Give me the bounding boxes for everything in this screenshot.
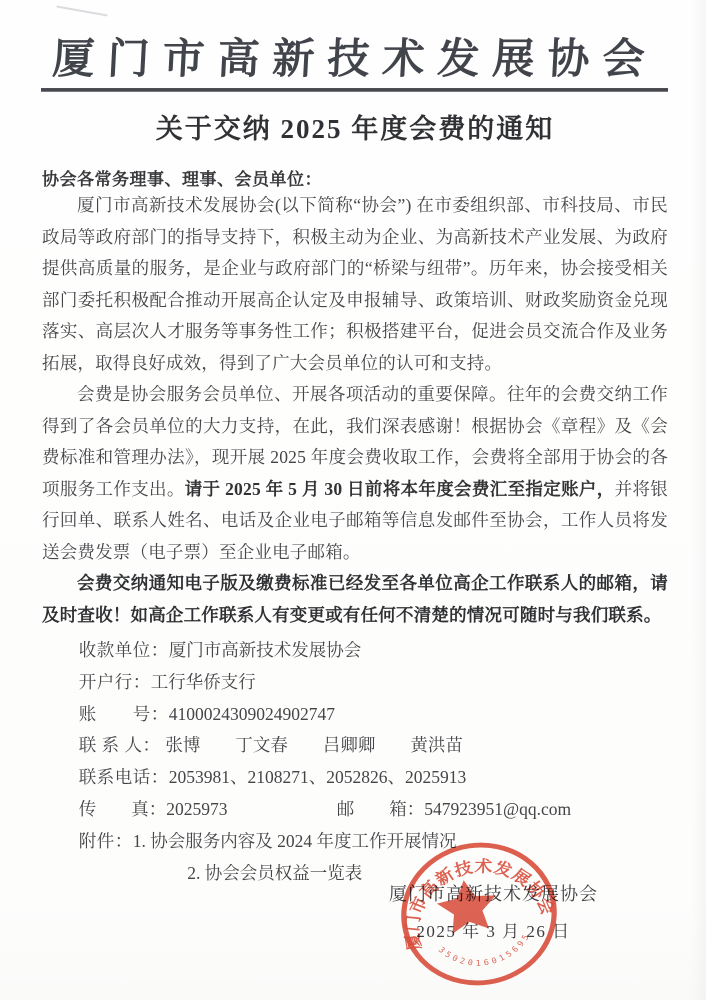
- payment-details: 收款单位：厦门市高新技术发展协会 开户行：工行华侨支行 账 号：41000243…: [42, 635, 668, 889]
- document-title: 关于交纳 2025 年度会费的通知: [42, 107, 668, 146]
- fax-label: 传 真：: [79, 799, 167, 819]
- bank-value: 工行华侨支行: [151, 672, 256, 692]
- contacts-label: 联 系 人：: [79, 735, 166, 755]
- detail-row-payee: 收款单位：厦门市高新技术发展协会: [79, 635, 668, 667]
- deadline-bold-text: 请于 2025 年 5 月 30 日前将本年度会费汇至指定账户，: [185, 479, 615, 499]
- attachment-item-2: 2. 协会会员权益一览表: [187, 863, 362, 883]
- email-label: 邮 箱：: [337, 799, 425, 819]
- account-number: 4100024309024902747: [169, 704, 335, 724]
- official-seal-stamp: 厦门市高新技术发展协会 3502016015695: [388, 829, 569, 998]
- paragraph-fee-notice: 会费是协会服务会员单位、开展各项活动的重要保障。往年的会费交纳工作得到了各会员单…: [42, 379, 668, 568]
- phones-value: 2053981、2108271、2052826、2025913: [169, 767, 467, 787]
- detail-row-bank: 开户行：工行华侨支行: [79, 667, 668, 699]
- letterhead-rule: [41, 88, 668, 92]
- email-value: 547923951@qq.com: [424, 799, 571, 819]
- paragraph-intro: 厦门市高新技术发展协会(以下简称“协会”) 在市委组织部、市科技局、市民政局等政…: [42, 190, 668, 379]
- contacts-names: 张博 丁文春 吕卿卿 黄洪苗: [165, 735, 463, 755]
- svg-text:3502016015695: 3502016015695: [435, 929, 536, 973]
- seal-serial-number: 3502016015695: [435, 929, 536, 973]
- account-label: 账 号：: [79, 704, 169, 724]
- attachment-line-1: 附件：1. 协会服务内容及 2024 年度工作开展情况: [79, 826, 668, 858]
- fax-value: 2025973: [166, 799, 227, 819]
- detail-row-account: 账 号：4100024309024902747: [79, 699, 668, 731]
- bank-label: 开户行：: [79, 672, 151, 692]
- salutation-line: 协会各常务理事、理事、会员单位：: [42, 165, 668, 190]
- fax-pair: 传 真：2025973: [79, 794, 337, 826]
- detail-row-phones: 联系电话：2053981、2108271、2052826、2025913: [79, 762, 668, 794]
- payee-label: 收款单位：: [79, 640, 169, 660]
- paragraph-reminder-bold: 会费交纳通知电子版及缴费标准已经发至各单位高企工作联系人的邮箱，请及时查收！如高…: [42, 568, 668, 631]
- attachment-item-1: 1. 协会服务内容及 2024 年度工作开展情况: [133, 831, 457, 851]
- scan-artifact-line: [56, 6, 108, 17]
- phones-label: 联系电话：: [79, 767, 169, 787]
- scanned-notice-page: 厦门市高新技术发展协会 关于交纳 2025 年度会费的通知 协会各常务理事、理事…: [0, 0, 706, 1000]
- letterhead-org-title: 厦门市高新技术发展协会: [41, 34, 670, 86]
- attachment-label: 附件：: [79, 831, 133, 851]
- detail-row-fax-email: 传 真：2025973 邮 箱：547923951@qq.com: [79, 794, 668, 826]
- email-pair: 邮 箱：547923951@qq.com: [337, 794, 571, 826]
- scan-edge-shading: [690, 0, 706, 1000]
- detail-row-contacts: 联 系 人： 张博 丁文春 吕卿卿 黄洪苗: [79, 730, 668, 762]
- payee-value: 厦门市高新技术发展协会: [169, 640, 362, 660]
